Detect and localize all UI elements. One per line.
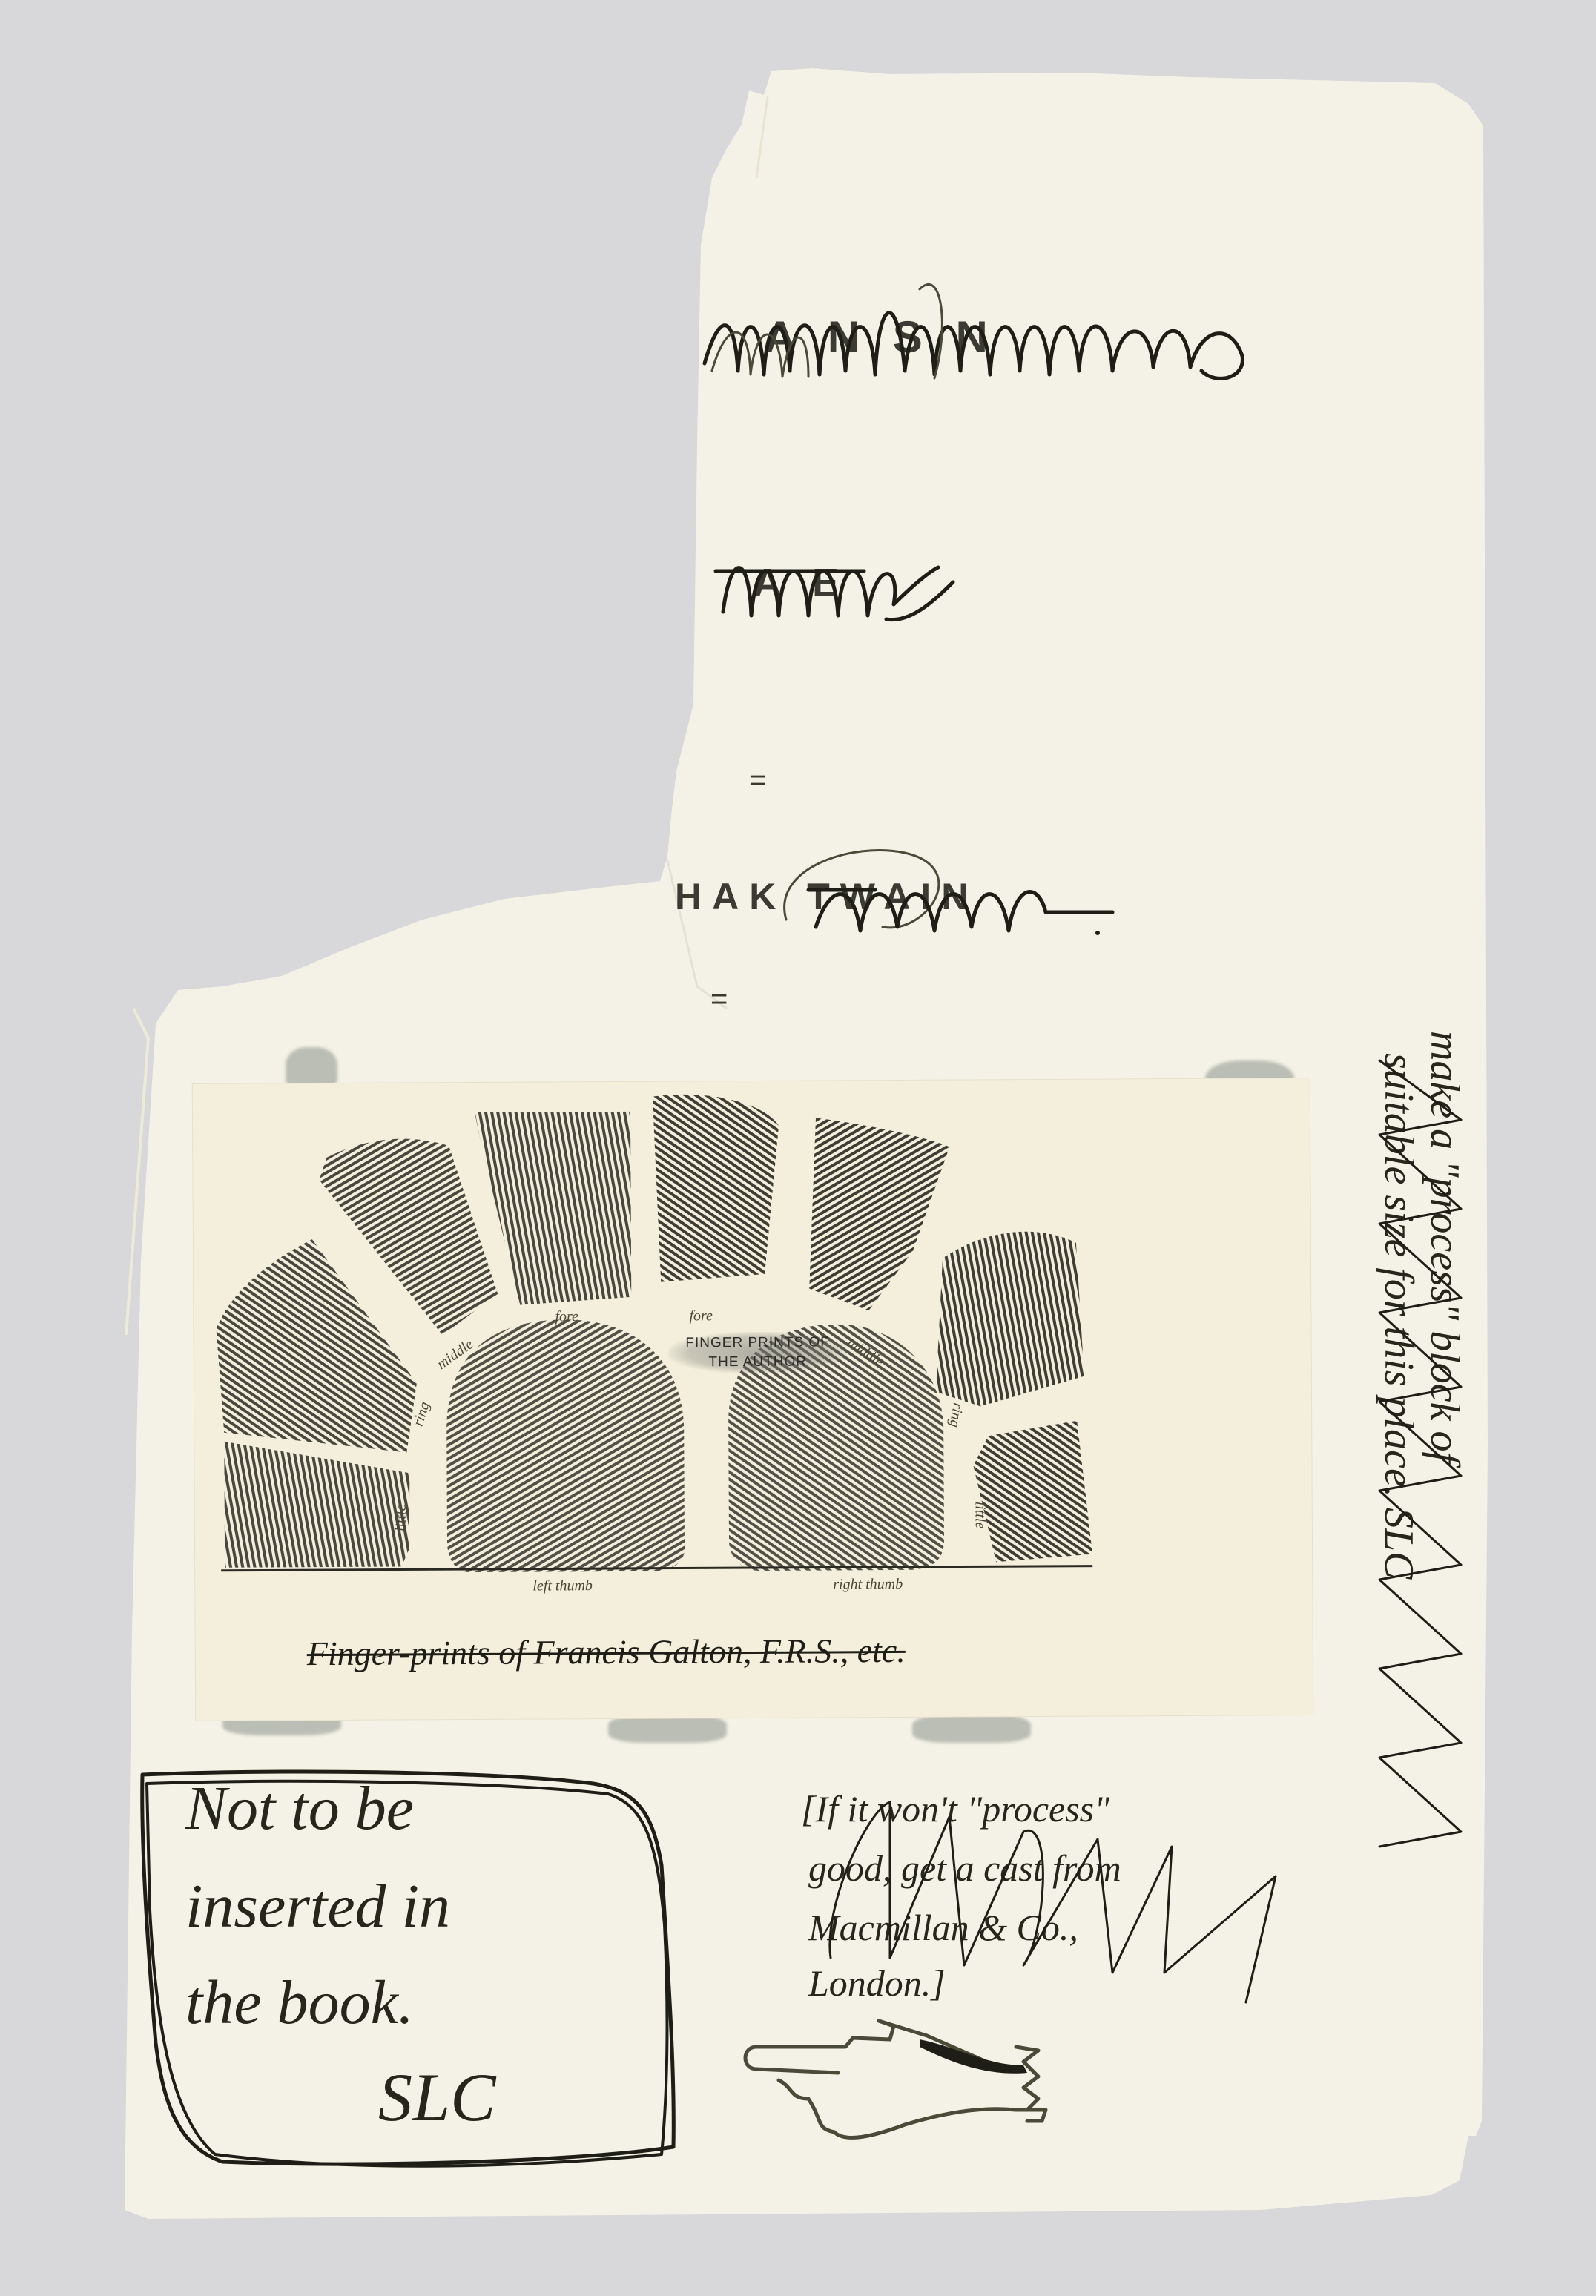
process-note: [If it won't "process" good, get a cast … bbox=[801, 1787, 1335, 2017]
struck-caption: Finger-prints of Francis Galton, F.R.S.,… bbox=[307, 1629, 1197, 1673]
clipping-title: FINGER PRINTS OF THE AUTHOR bbox=[669, 1331, 847, 1373]
margin-note-cancellation bbox=[1365, 1031, 1468, 1906]
clipping-title-line-2: THE AUTHOR bbox=[669, 1352, 847, 1372]
glue-stain bbox=[912, 1713, 1031, 1743]
scribble-cancellation bbox=[708, 530, 990, 634]
vertical-margin-note: make a "process" block of suitable size … bbox=[1365, 1031, 1468, 1906]
boxed-note-signature: SLC bbox=[378, 2058, 496, 2137]
scribble-cancellation bbox=[660, 838, 1120, 942]
cancelled-line-3: HAK TWAIN bbox=[660, 838, 1120, 942]
fingerprint-chart-graphic bbox=[193, 1078, 1313, 1721]
cancelled-line-2: A E bbox=[708, 530, 990, 634]
label-left-fore: fore bbox=[555, 1308, 578, 1325]
equals-mark-1: = bbox=[749, 764, 766, 797]
label-left-little: little bbox=[393, 1505, 410, 1532]
scribble-cancellation bbox=[697, 282, 1276, 400]
print-right-ring bbox=[935, 1231, 1084, 1406]
boxed-note-line-2: inserted in bbox=[185, 1859, 450, 1954]
pointing-hand-icon bbox=[734, 2017, 1083, 2158]
print-left-little bbox=[224, 1440, 410, 1567]
fingerprint-clipping: fore fore middle middle ring ring little… bbox=[193, 1078, 1313, 1721]
boxed-note-line-1: Not to be bbox=[185, 1761, 414, 1856]
print-right-fore bbox=[653, 1094, 779, 1281]
process-note-cancellation bbox=[801, 1787, 1335, 2017]
print-right-little bbox=[973, 1421, 1092, 1563]
label-right-fore: fore bbox=[689, 1307, 713, 1325]
boxed-note-line-3: the book. bbox=[185, 1956, 414, 2051]
print-right-middle bbox=[808, 1118, 950, 1311]
print-left-ring bbox=[216, 1238, 418, 1453]
equals-mark-2: = bbox=[710, 983, 728, 1016]
label-right-little: little bbox=[972, 1502, 989, 1529]
boxed-note: Not to be inserted in the book. SLC bbox=[133, 1761, 682, 2177]
print-left-thumb bbox=[446, 1319, 685, 1572]
clipping-title-line-1: FINGER PRINTS OF bbox=[669, 1333, 847, 1353]
cancelled-line-1: A N S N bbox=[697, 282, 1276, 400]
print-left-fore bbox=[475, 1112, 631, 1305]
label-left-thumb: left thumb bbox=[532, 1577, 593, 1594]
label-right-thumb: right thumb bbox=[833, 1576, 903, 1593]
